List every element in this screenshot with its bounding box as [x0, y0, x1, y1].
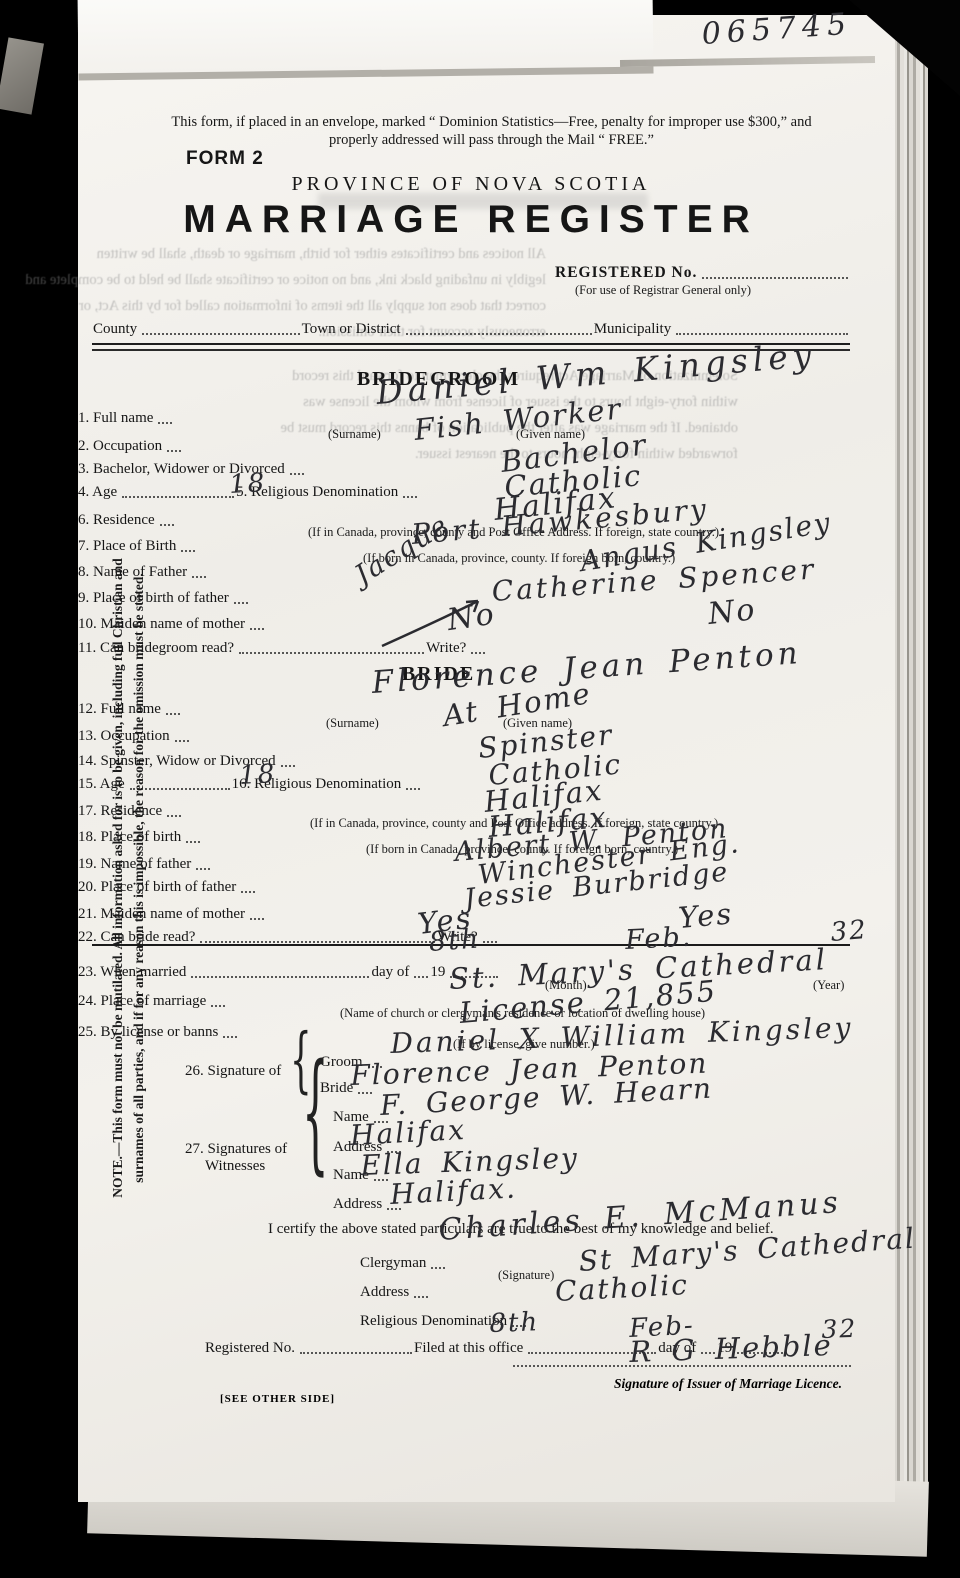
registered-no-bottom-label: Registered No. [205, 1340, 295, 1357]
dotted-line [223, 1036, 237, 1038]
registered-no-label: REGISTERED No. [555, 264, 697, 282]
entry-marriage-year: 32 [829, 915, 869, 948]
entry-filed-day: 8th [489, 1307, 540, 1339]
bg-mother-label: 10. Maiden name of mother [78, 616, 245, 633]
signature-subnote: (Signature) [498, 1268, 554, 1283]
dotted-line [167, 450, 181, 452]
province-heading: PROVINCE OF NOVA SCOTIA [92, 173, 850, 196]
mail-note-line2: properly addressed will pass through the… [108, 131, 875, 149]
field-row-bg-mother: 10. Maiden name of mother [78, 613, 266, 633]
margin-note-line1: NOTE.—This form must not be mutilated. A… [108, 540, 129, 1216]
br-mother-label: 21. Maiden name of mother [78, 906, 245, 923]
dotted-line [158, 422, 172, 424]
field-row-clergy-address: Address [360, 1281, 430, 1301]
dotted-line [414, 976, 428, 978]
dotted-line [290, 473, 304, 475]
dotted-line [160, 524, 174, 526]
ghost-line: All notices and certificates either for … [106, 241, 546, 267]
br-surname-subnote: (Surname) [326, 716, 379, 731]
clergy-denomination-label: Religious Denomination [360, 1313, 507, 1330]
field-row-br-mother: 21. Maiden name of mother [78, 903, 266, 923]
entry-marriage-day: 8th [428, 923, 481, 958]
form-number-label: FORM 2 [186, 148, 264, 170]
clergy-address-label: Address [360, 1284, 409, 1301]
dotted-line [234, 602, 248, 604]
entry-bg-age: 18 [228, 468, 267, 500]
dotted-line [196, 868, 210, 870]
dotted-line [167, 815, 181, 817]
dotted-line [702, 277, 848, 279]
clergyman-label: Clergyman [360, 1255, 426, 1272]
issuer-signature-caption: Signature of Issuer of Marriage Licence. [598, 1376, 858, 1392]
county-label: County [93, 321, 137, 338]
field-row-bg-residence: 6. Residence [78, 509, 176, 529]
dotted-line [175, 740, 189, 742]
field-row-bg-father-birth: 9. Place of birth of father [78, 587, 250, 607]
bg-fullname-label: 1. Full name [78, 410, 153, 427]
field-row-bg-occupation: 2. Occupation [78, 435, 183, 455]
dotted-line [166, 713, 180, 715]
bg-age-label: 4. Age [78, 484, 117, 501]
entry-clergy-denomination: Catholic [554, 1268, 689, 1308]
marriage-register-page: All notices and certificates either for … [78, 15, 895, 1502]
br-father-birth-label: 20. Place of birth of father [78, 879, 236, 896]
dotted-line [181, 550, 195, 552]
dotted-line [300, 1352, 412, 1354]
dotted-line [142, 333, 299, 335]
dotted-line [676, 333, 848, 335]
witnesses-label-line2: Witnesses [205, 1158, 265, 1175]
witnesses-label-line1: 27. Signatures of [185, 1141, 287, 1158]
mail-note: This form, if placed in an envelope, mar… [108, 113, 875, 149]
page-title: MARRIAGE REGISTER [92, 198, 850, 242]
overlapping-sheet [77, 0, 653, 81]
witnesses-brace: { [302, 1036, 329, 1188]
signature-of-label: 26. Signature of [185, 1063, 281, 1080]
registered-no-row: REGISTERED No. [555, 262, 850, 282]
bg-read-label: 11. Can bridegroom read? [78, 640, 234, 657]
mail-note-line1: This form, if placed in an envelope, mar… [108, 113, 875, 131]
county-row: County Town or District Municipality [93, 318, 850, 338]
margin-note: NOTE.—This form must not be mutilated. A… [108, 540, 156, 1216]
bg-surname-subnote: (Surname) [328, 427, 381, 442]
dotted-line [414, 1296, 428, 1298]
dotted-line [358, 1092, 372, 1094]
see-other-side-note: [SEE OTHER SIDE] [220, 1393, 335, 1405]
dotted-line [471, 652, 485, 654]
entry-issuer-signature: R G Hebble [629, 1328, 834, 1369]
town-district-label: Town or District [302, 321, 401, 338]
left-paper-tab [0, 37, 44, 114]
ghost-line: legibly in unfading black ink, and no no… [106, 267, 546, 293]
dotted-line [239, 652, 424, 654]
field-row-bg-fullname: 1. Full name [78, 407, 174, 427]
entry-bg-can-write: No [706, 592, 758, 632]
dotted-line [483, 941, 497, 943]
dotted-line [431, 1267, 445, 1269]
entry-stamp-number: 065745 [701, 7, 854, 52]
municipality-label: Municipality [594, 321, 672, 338]
entry-bg-can-read: No [445, 597, 498, 638]
dotted-line [211, 1005, 225, 1007]
dotted-line [122, 496, 234, 498]
dotted-line [406, 333, 592, 335]
field-row-clergyman: Clergyman [360, 1252, 447, 1272]
ghost-line: correct that does not supply all the ite… [106, 293, 546, 319]
margin-note-line2: surnames of all parties, and if for any … [129, 540, 150, 1216]
dotted-line [191, 976, 369, 978]
registered-no-subnote: (For use of Registrar General only) [575, 283, 751, 298]
year-prefix: 19 [430, 964, 445, 981]
dotted-line [250, 628, 264, 630]
dotted-line [281, 765, 295, 767]
entry-witness2-address: Halifax. [389, 1171, 517, 1211]
dotted-line [186, 841, 200, 843]
year-subnote: (Year) [813, 978, 844, 993]
dotted-line [403, 496, 417, 498]
bg-occupation-label: 2. Occupation [78, 438, 162, 455]
dotted-line [200, 941, 435, 943]
field-row-bg-status: 3. Bachelor, Widower or Divorced [78, 458, 306, 478]
field-row-license-banns: 25. By license or banns [78, 1021, 239, 1041]
field-row-br-father-birth: 20. Place of birth of father [78, 876, 257, 896]
filed-label: Filed at this office [414, 1340, 523, 1357]
dotted-line [406, 788, 420, 790]
dotted-line [250, 918, 264, 920]
entry-br-age: 18 [238, 759, 277, 791]
bg-residence-label: 6. Residence [78, 512, 155, 529]
dotted-line [241, 891, 255, 893]
witness2-address-label: Address [333, 1196, 382, 1213]
day-of-label: day of [371, 964, 409, 981]
dotted-line [192, 576, 206, 578]
